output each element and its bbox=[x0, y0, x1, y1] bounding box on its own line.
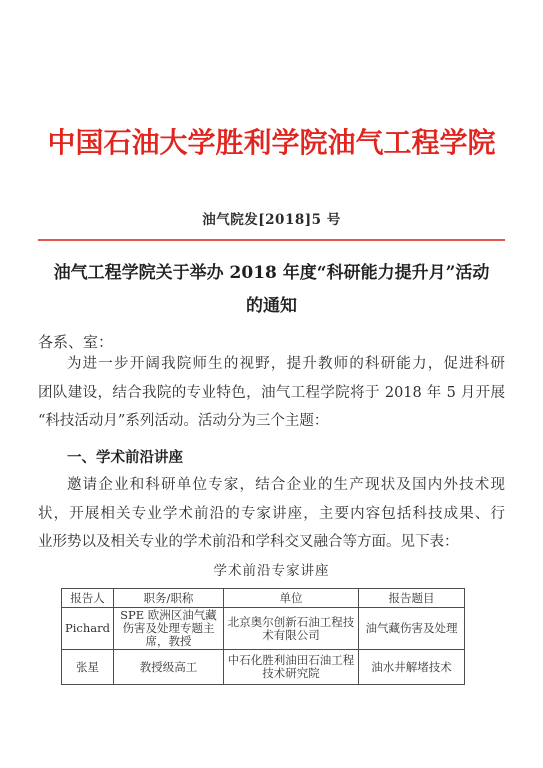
table-header-reporter: 报告人 bbox=[62, 589, 114, 608]
notice-document-page: 中国石油大学胜利学院油气工程学院 油气院发[2018]5 号 油气工程学院关于举… bbox=[0, 0, 543, 768]
section-1-heading: 一、学术前沿讲座 bbox=[67, 446, 183, 467]
paragraph-section-1: 邀请企业和科研单位专家，结合企业的生产现状及国内外技术现 状，开展相关专业学术前… bbox=[38, 471, 505, 557]
cell-org: 北京奥尔创新石油工程技术有限公司 bbox=[223, 608, 358, 650]
cell-position: SPE 欧洲区油气藏伤害及处理专题主席，教授 bbox=[113, 608, 223, 650]
paragraph-intro-line: 为进一步开阔我院师生的视野，提升教师的科研能力，促进科研 bbox=[38, 350, 505, 379]
lecture-table: 报告人 职务/职称 单位 报告题目 Pichard SPE 欧洲区油气藏伤害及处… bbox=[61, 588, 465, 685]
salutation: 各系、室： bbox=[38, 331, 113, 352]
cell-reporter: Pichard bbox=[62, 608, 114, 650]
paragraph-intro: 为进一步开阔我院师生的视野，提升教师的科研能力，促进科研 团队建设，结合我院的专… bbox=[38, 350, 505, 436]
red-divider-rule bbox=[38, 239, 505, 241]
cell-position: 教授级高工 bbox=[113, 650, 223, 685]
notice-title-line-1: 油气工程学院关于举办 2018 年度“科研能力提升月”活动 bbox=[18, 257, 525, 290]
paragraph-intro-line: “科技活动月”系列活动。活动分为三个主题： bbox=[38, 407, 505, 436]
table-header-org: 单位 bbox=[223, 589, 358, 608]
document-number: 油气院发[2018]5 号 bbox=[0, 208, 543, 228]
cell-topic: 油水井解堵技术 bbox=[358, 650, 464, 685]
notice-title: 油气工程学院关于举办 2018 年度“科研能力提升月”活动 的通知 bbox=[18, 257, 525, 323]
paragraph-intro-line: 团队建设，结合我院的专业特色，油气工程学院将于 2018 年 5 月开展 bbox=[38, 379, 505, 408]
notice-title-line-2: 的通知 bbox=[18, 290, 525, 323]
table-header-topic: 报告题目 bbox=[358, 589, 464, 608]
institution-title: 中国石油大学胜利学院油气工程学院 bbox=[0, 121, 543, 161]
table-header-position: 职务/职称 bbox=[113, 589, 223, 608]
table-row: Pichard SPE 欧洲区油气藏伤害及处理专题主席，教授 北京奥尔创新石油工… bbox=[62, 608, 465, 650]
cell-reporter: 张星 bbox=[62, 650, 114, 685]
table-row: 张星 教授级高工 中石化胜利油田石油工程技术研究院 油水井解堵技术 bbox=[62, 650, 465, 685]
cell-org: 中石化胜利油田石油工程技术研究院 bbox=[223, 650, 358, 685]
paragraph-section-1-line: 状，开展相关专业学术前沿的专家讲座，主要内容包括科技成果、行 bbox=[38, 500, 505, 529]
paragraph-section-1-line: 业形势以及相关专业的学术前沿和学科交叉融合等方面。见下表： bbox=[38, 528, 505, 557]
paragraph-section-1-line: 邀请企业和科研单位专家，结合企业的生产现状及国内外技术现 bbox=[38, 471, 505, 500]
table-header-row: 报告人 职务/职称 单位 报告题目 bbox=[62, 589, 465, 608]
cell-topic: 油气藏伤害及处理 bbox=[358, 608, 464, 650]
lecture-table-caption: 学术前沿专家讲座 bbox=[0, 559, 543, 579]
